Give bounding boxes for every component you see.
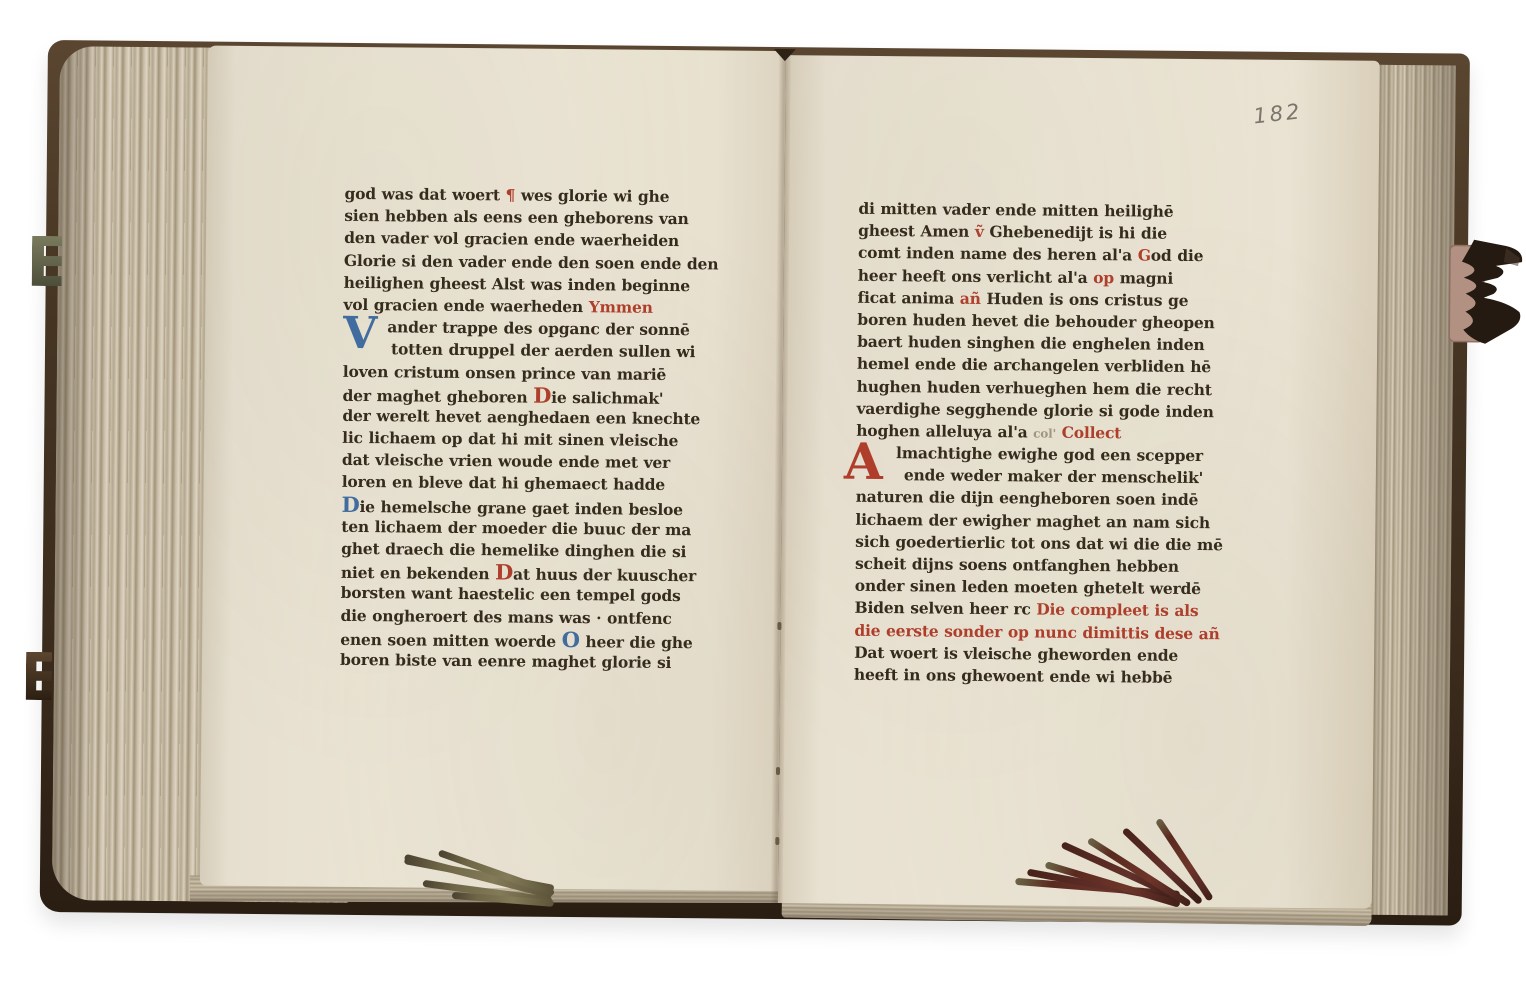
manuscript-line: ficat anima añ Huden is ons cristus ge — [857, 287, 1267, 313]
manuscript-line: onder sinen leden moeten ghetelt werdē — [855, 575, 1265, 601]
manuscript-line: scheit dijns soens ontfanghen hebben — [855, 553, 1265, 579]
sewing-stitch — [775, 837, 779, 845]
manuscript-line: hemel ende die archangelen verbliden hē — [857, 353, 1267, 379]
manuscript-line: hughen huden verhueghen hem die recht — [857, 375, 1267, 401]
manuscript-line: comt inden name des heren al'a God die — [858, 242, 1268, 268]
clasp-strap-icon — [1447, 235, 1524, 350]
manuscript-line: ten lichaem der moeder die buuc der ma — [341, 516, 751, 542]
right-page-text: di mitten vader ende mitten heilighēghee… — [854, 198, 1269, 690]
manuscript-line: naturen die dijn eengheboren soen indē — [856, 486, 1266, 512]
page-number: 182 — [1252, 99, 1303, 128]
manuscript-line: ghet draech die hemelike dinghen die si — [341, 538, 751, 564]
gutter-notch — [774, 49, 796, 61]
manuscript-line: boren biste van eenre maghet glorie si — [340, 649, 750, 675]
manuscript-line: boren huden hevet die behouder gheopen — [857, 309, 1267, 335]
manuscript-line: sich goedertierlic tot ons dat wi die di… — [855, 531, 1265, 557]
page-stack-right-edge — [1366, 65, 1456, 916]
manuscript-line: Die hemelsche grane gaet inden besloe — [341, 493, 751, 519]
manuscript-line: dat vleische vrien woude ende met ver — [342, 449, 752, 475]
manuscript-line: baert huden singhen die enghelen inden — [857, 331, 1267, 357]
manuscript-line: heilighen gheest Alst was inden beginne — [344, 272, 754, 298]
sewing-stitch — [776, 767, 780, 775]
manuscript-line: enen soen mitten woerde O heer die ghe — [340, 627, 750, 653]
photograph-background: god was dat woert ¶ wes glorie wi ghesie… — [0, 0, 1526, 1007]
manuscript-line: den vader vol gracien ende waerheiden — [344, 227, 754, 253]
manuscript-line: Glorie si den vader ende den soen ende d… — [344, 249, 754, 275]
left-page: god was dat woert ¶ wes glorie wi ghesie… — [200, 46, 786, 892]
manuscript-line: die ongheroert des mans was · ontfenc — [340, 604, 750, 630]
left-page-text: god was dat woert ¶ wes glorie wi ghesie… — [340, 183, 755, 675]
manuscript-line: gheest Amen ṽ Ghebenedijt is hi die — [858, 220, 1268, 246]
right-page: 182 di mitten vader ende mitten heilighē… — [778, 55, 1380, 909]
manuscript-line: die eerste sonder op nunc dimittis dese … — [854, 619, 1264, 645]
manuscript-line: ende weder maker der menschelik' — [856, 464, 1266, 490]
manuscript-book: god was dat woert ¶ wes glorie wi ghesie… — [40, 40, 1470, 926]
manuscript-line: vaerdighe segghende glorie si gode inden — [856, 397, 1266, 423]
manuscript-line: heeft in ons ghewoent ende wi hebbē — [854, 664, 1264, 690]
manuscript-line: di mitten vader ende mitten heilighē — [858, 198, 1268, 224]
manuscript-line: der maghet gheboren Die salichmak' — [343, 383, 753, 409]
manuscript-line: hoghen alleluya al'a col' Collect — [856, 420, 1266, 446]
sewing-stitch — [777, 622, 781, 630]
manuscript-line: loren en bleve dat hi ghemaect hadde — [342, 471, 752, 497]
manuscript-line: vol gracien ende waerheden Ymmen — [343, 294, 753, 320]
manuscript-line: heer heeft ons verlicht al'a op magni — [858, 264, 1268, 290]
clasp-catch-lower-icon — [26, 652, 52, 700]
manuscript-line: Biden selven heer rc Die compleet is als — [854, 597, 1264, 623]
manuscript-line: Vander trappe des opganc der sonnē — [343, 316, 753, 342]
manuscript-line: totten druppel der aerden sullen wi — [343, 338, 753, 364]
manuscript-line: borsten want haestelic een tempel gods — [341, 582, 751, 608]
manuscript-line: niet en bekenden Dat huus der kuuscher — [341, 560, 751, 586]
clasp-catch-upper-icon — [32, 236, 62, 286]
manuscript-line: sien hebben als eens een gheborens van — [344, 205, 754, 231]
manuscript-line: lic lichaem op dat hi mit sinen vleische — [342, 427, 752, 453]
manuscript-line: lichaem der ewigher maghet an nam sich — [855, 508, 1265, 534]
manuscript-line: loven cristum onsen prince van mariē — [343, 360, 753, 386]
manuscript-line: der werelt hevet aenghedaen een knechte — [342, 405, 752, 431]
manuscript-line: god was dat woert ¶ wes glorie wi ghe — [344, 183, 754, 209]
manuscript-line: Almachtighe ewighe god een scepper — [856, 442, 1266, 468]
manuscript-line: Dat woert is vleische gheworden ende — [854, 642, 1264, 668]
